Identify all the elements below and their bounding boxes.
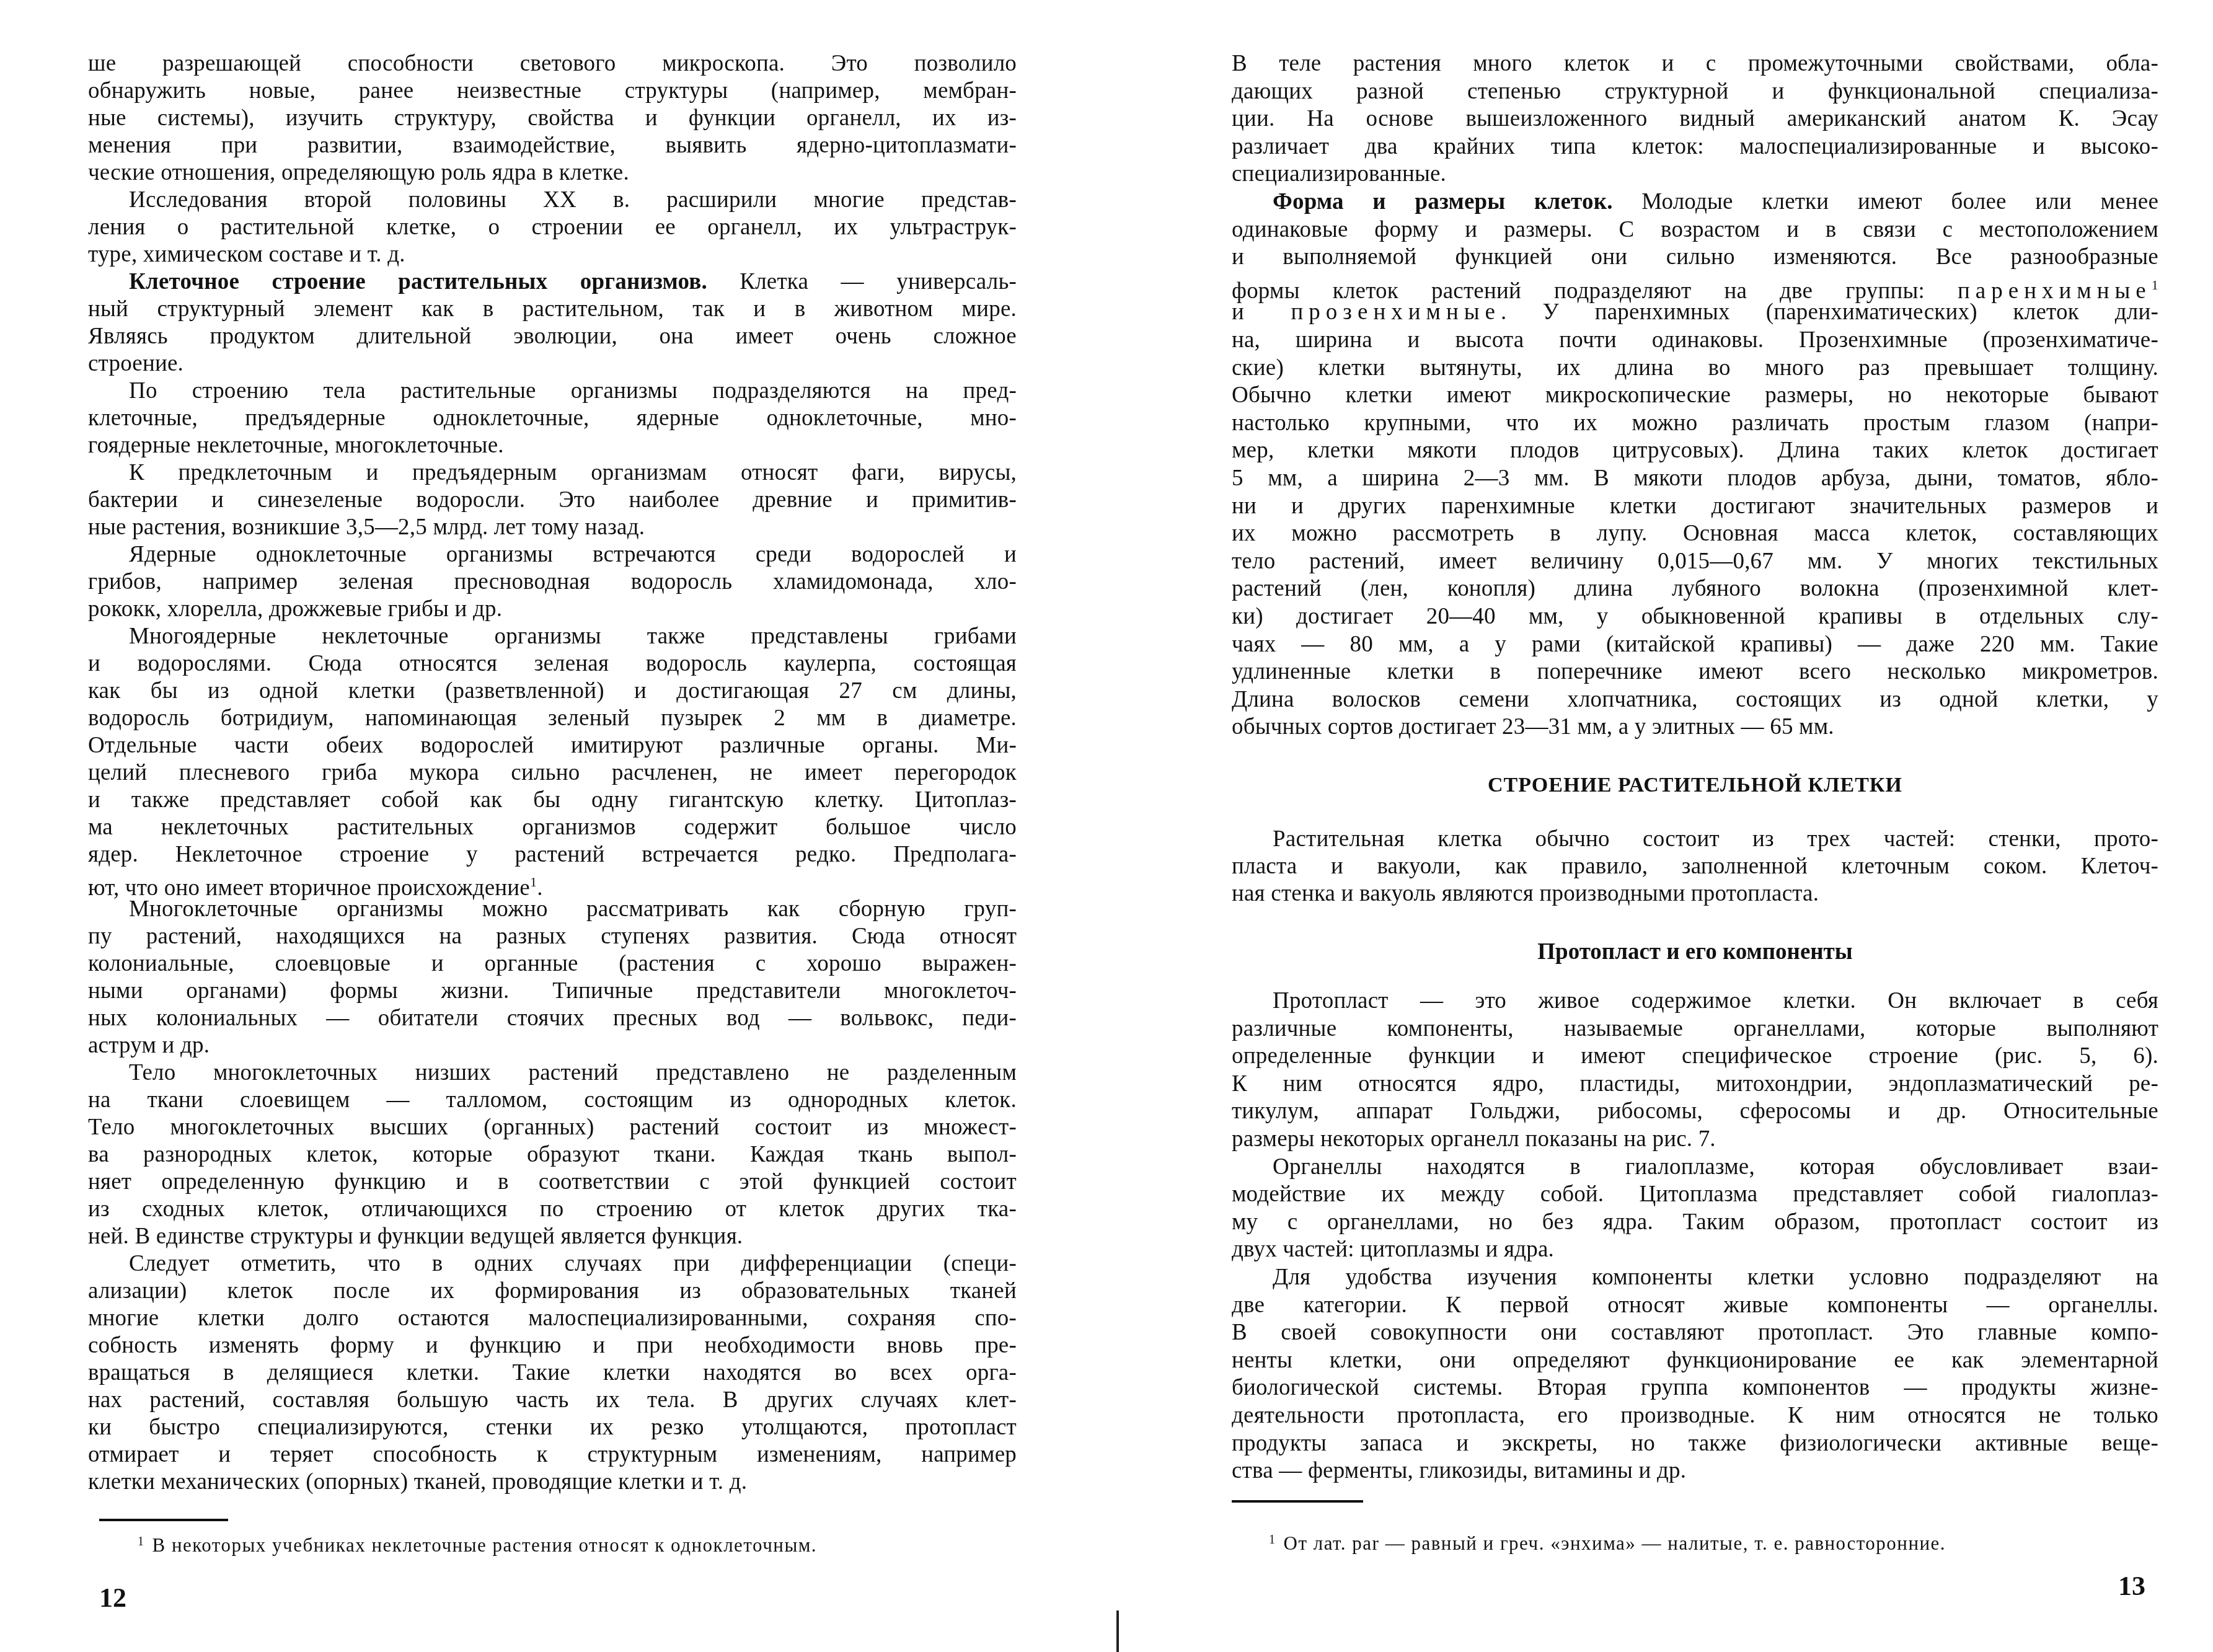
text-line: удлиненные клетки в поперечнике имеют вс… xyxy=(1232,658,2158,686)
text-line: определенные функции и имеют специфическ… xyxy=(1232,1043,2158,1070)
text-line: Тело многоклеточных низших растений пред… xyxy=(88,1059,1017,1087)
text-line: колониальные, слоевцовые и органные (рас… xyxy=(88,950,1017,978)
text-line: ядер. Неклеточное строение у растений вс… xyxy=(88,841,1017,868)
text-line: му с органеллами, но без ядра. Таким обр… xyxy=(1232,1209,2158,1236)
footnote-text: В некоторых учебниках неклеточные растен… xyxy=(152,1534,818,1556)
text-line: ства — ферменты, гликозиды, витамины и д… xyxy=(1232,1457,2158,1485)
text-line: многие клетки долго остаются малоспециал… xyxy=(88,1305,1017,1332)
text-line: Являясь продуктом длительной эволюции, о… xyxy=(88,323,1017,350)
text-line: тикулум, аппарат Гольджи, рибосомы, сфер… xyxy=(1232,1098,2158,1125)
text-line: туре, химическом составе и т. д. xyxy=(88,241,1017,268)
text-line: тело растений, имеет величину 0,015—0,67… xyxy=(1232,548,2158,575)
text-line: Обычно клетки имеют микроскопические раз… xyxy=(1232,382,2158,409)
text-line: ненты клетки, они определяют функциониро… xyxy=(1232,1347,2158,1374)
run-in-heading: Форма и размеры клеток. xyxy=(1273,189,1613,214)
text-line: как бы из одной клетки (разветвленной) и… xyxy=(88,678,1017,705)
text-line: настолько крупными, что их можно различа… xyxy=(1232,410,2158,437)
text-line: и выполняемой функцией они сильно изменя… xyxy=(1232,244,2158,271)
text-line: ные системы), изучить структуру, свойств… xyxy=(88,105,1017,132)
text-line: вращаться в делящиеся клетки. Такие клет… xyxy=(88,1359,1017,1387)
footnote: 1От лат. par — равный и греч. «энхима» —… xyxy=(1269,1532,1946,1555)
text-line: ские) клетки вытянуты, их длина во много… xyxy=(1232,355,2158,382)
text-line: ют, что оно имеет вторичное происхождени… xyxy=(88,868,1017,896)
text-line: Тело многоклеточных высших (органных) ра… xyxy=(88,1114,1017,1141)
text-line: ных колониальных — обитатели стоячих пре… xyxy=(88,1005,1017,1032)
text-line: модействие их между собой. Цитоплазма пр… xyxy=(1232,1181,2158,1208)
text-line: обнаружить новые, ранее неизвестные стру… xyxy=(88,77,1017,105)
text-line: продукты запаса и экскреты, но также физ… xyxy=(1232,1430,2158,1457)
text-line: пласта и вакуоли, как правило, заполненн… xyxy=(1232,853,2158,880)
text-line: ческие отношения, определяющую роль ядра… xyxy=(88,159,1017,187)
text-line: нах растений, составляя большую часть их… xyxy=(88,1387,1017,1414)
text-line: К предклеточным и предъядерным организма… xyxy=(88,459,1017,487)
text-line: ва разнородных клеток, которые образуют … xyxy=(88,1141,1017,1168)
text-line: ни и других паренхимные клетки достигают… xyxy=(1232,493,2158,520)
text-line: Органеллы находятся в гиалоплазме, котор… xyxy=(1232,1154,2158,1181)
text-line: Для удобства изучения компоненты клетки … xyxy=(1232,1264,2158,1291)
text-line: По строению тела растительные организмы … xyxy=(88,378,1017,405)
text-line: ализации) клеток после их формирования и… xyxy=(88,1278,1017,1305)
text-line: растений (лен, конопля) длина лубяного в… xyxy=(1232,575,2158,603)
text-line: Многоклеточные организмы можно рассматри… xyxy=(88,896,1017,923)
text-line: ции. На основе вышеизложенного видный ам… xyxy=(1232,105,2158,133)
text-line: на ткани слоевищем — талломом, состоящим… xyxy=(88,1087,1017,1114)
text-line: К ним относятся ядро, пластиды, митохонд… xyxy=(1232,1071,2158,1098)
text-line: двух частей: цитоплазмы и ядра. xyxy=(1232,1236,2158,1263)
subsection-heading: Протопласт и его компоненты xyxy=(1232,939,2158,965)
text-line: В теле растения много клеток и с промежу… xyxy=(1232,50,2158,77)
text-line: на, ширина и высота почти одинаковы. Про… xyxy=(1232,327,2158,354)
text-line: и также представляет собой как бы одну г… xyxy=(88,787,1017,814)
footnote-mark: 1 xyxy=(1269,1533,1276,1547)
text-line: Ядерные одноклеточные организмы встречаю… xyxy=(88,541,1017,568)
footnote: 1В некоторых учебниках неклеточные расте… xyxy=(138,1534,817,1557)
text-line: отмирает и теряет способность к структур… xyxy=(88,1441,1017,1469)
text-line: ными органами) формы жизни. Типичные пре… xyxy=(88,978,1017,1005)
text-line: одинаковые форму и размеры. С возрастом … xyxy=(1232,216,2158,244)
text-line: ная стенка и вакуоль являются производны… xyxy=(1232,880,2158,908)
text-line: размеры некоторых органелл показаны на р… xyxy=(1232,1126,2158,1153)
run-in-heading: Клеточное строение растительных организм… xyxy=(129,269,707,294)
text-line: водоросль ботридиум, напоминающая зелены… xyxy=(88,705,1017,732)
text-line: формы клеток растений подразделяют на дв… xyxy=(1232,272,2158,299)
footnote-ref: 1 xyxy=(2152,277,2158,293)
footnote-mark: 1 xyxy=(138,1535,145,1548)
footnote-rule xyxy=(1232,1500,1363,1503)
section-heading: СТРОЕНИЕ РАСТИТЕЛЬНОЙ КЛЕТКИ xyxy=(1232,774,2158,797)
text-line: пу растений, находящихся на разных ступе… xyxy=(88,923,1017,950)
text-line: ления о растительной клетке, о строении … xyxy=(88,214,1017,241)
text-line: различает два крайних типа клеток: малос… xyxy=(1232,133,2158,161)
text-line: обычных сортов достигает 23—31 мм, а у э… xyxy=(1232,713,2158,741)
text-line: Протопласт — это живое содержимое клетки… xyxy=(1232,987,2158,1015)
text-line: 5 мм, а ширина 2—3 мм. В мякоти плодов а… xyxy=(1232,465,2158,492)
text-line: две категории. К первой относят живые ко… xyxy=(1232,1292,2158,1319)
text-line: и прозенхимные. У паренхимных (паренхима… xyxy=(1232,299,2158,326)
text-line: рококк, хлорелла, дрожжевые грибы и др. xyxy=(88,596,1017,623)
text-line: Клеточное строение растительных организм… xyxy=(88,268,1017,296)
text-line: няет определенную функцию и в соответств… xyxy=(88,1168,1017,1196)
text-line: ки быстро специализируются, стенки их ре… xyxy=(88,1414,1017,1441)
right-page: В теле растения много клеток и с промежу… xyxy=(1106,0,2213,1652)
left-page: ше разрешающей способности светового мик… xyxy=(0,0,1106,1652)
text-line: ки) достигает 20—40 мм, у обыкновенной к… xyxy=(1232,603,2158,630)
text-line: Исследования второй половины XX в. расши… xyxy=(88,187,1017,214)
spine-line xyxy=(1116,1610,1119,1652)
text-line: ше разрешающей способности светового мик… xyxy=(88,50,1017,77)
text-line: и водорослями. Сюда относятся зеленая во… xyxy=(88,650,1017,678)
text-line: клеточные, предъядерные одноклеточные, я… xyxy=(88,405,1017,432)
text-line: целий плесневого гриба мукора сильно рас… xyxy=(88,759,1017,787)
footnote-ref: 1 xyxy=(530,874,537,890)
text-line: бактерии и синезеленые водоросли. Это на… xyxy=(88,487,1017,514)
text-line: Многоядерные неклеточные организмы также… xyxy=(88,623,1017,650)
text-line: ный структурный элемент как в растительн… xyxy=(88,296,1017,323)
text-line: грибов, например зеленая пресноводная во… xyxy=(88,568,1017,596)
text-line: мер, клетки мякоти плодов цитрусовых). Д… xyxy=(1232,437,2158,464)
text-line: менения при развитии, взаимодействие, вы… xyxy=(88,132,1017,159)
text-line: Длина волосков семени хлопчатника, состо… xyxy=(1232,686,2158,713)
text-line: строение. xyxy=(88,350,1017,378)
text-line: собность изменять форму и функцию и при … xyxy=(88,1332,1017,1359)
text-line: ма неклеточных растительных организмов с… xyxy=(88,814,1017,841)
text-line: Растительная клетка обычно состоит из тр… xyxy=(1232,826,2158,853)
text-line: ней. В единстве структуры и функции веду… xyxy=(88,1223,1017,1250)
text-line: гоядерные неклеточные, многоклеточные. xyxy=(88,432,1017,459)
text-line: различные компоненты, называемые органел… xyxy=(1232,1015,2158,1043)
text-line: клетки механических (опорных) тканей, пр… xyxy=(88,1469,1017,1496)
text-line: специализированные. xyxy=(1232,161,2158,188)
text-line: биологической системы. Вторая группа ком… xyxy=(1232,1374,2158,1402)
footnote-rule xyxy=(99,1519,228,1521)
text-line: их можно рассмотреть в лупу. Основная ма… xyxy=(1232,520,2158,547)
text-line: чаях — 80 мм, а у рами (китайской крапив… xyxy=(1232,631,2158,658)
text-line: деятельности протопласта, его производны… xyxy=(1232,1402,2158,1429)
text-line: ные растения, возникшие 3,5—2,5 млрд. ле… xyxy=(88,514,1017,541)
text-line: Отдельные части обеих водорослей имитиру… xyxy=(88,732,1017,759)
text-line: В своей совокупности они составляют прот… xyxy=(1232,1319,2158,1346)
text-line: из сходных клеток, отличающихся по строе… xyxy=(88,1196,1017,1223)
text-line: Следует отметить, что в одних случаях пр… xyxy=(88,1250,1017,1278)
footnote-text: От лат. par — равный и греч. «энхима» — … xyxy=(1284,1532,1946,1554)
text-line: дающих разной степенью структурной и фун… xyxy=(1232,78,2158,105)
text-line: аструм и др. xyxy=(88,1032,1017,1059)
text-line: Форма и размеры клеток. Молодые клетки и… xyxy=(1232,188,2158,216)
page-number: 12 xyxy=(99,1582,126,1614)
page-number: 13 xyxy=(2118,1570,2145,1602)
